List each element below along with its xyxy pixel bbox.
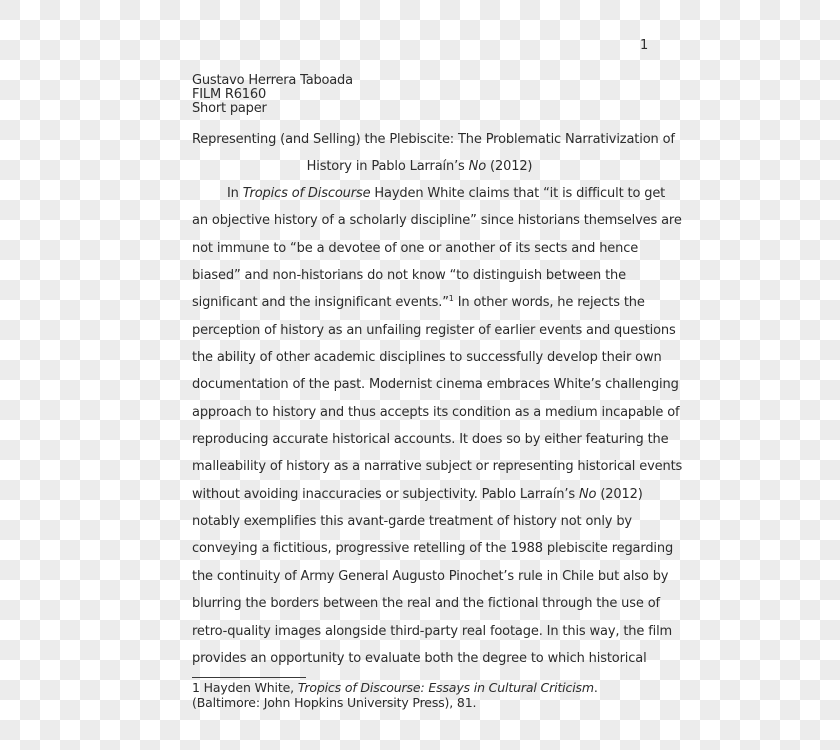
text: In bbox=[227, 186, 243, 201]
footnote-text: Hayden White, bbox=[200, 680, 298, 695]
text: In other words, he rejects the bbox=[454, 295, 645, 310]
body-line: an objective history of a scholarly disc… bbox=[192, 207, 662, 234]
body-line: malleability of history as a narrative s… bbox=[192, 453, 662, 480]
paper-title: Representing (and Selling) the Plebiscit… bbox=[192, 126, 647, 181]
footnote-book-title: Tropics of Discourse: Essays in Cultural… bbox=[298, 680, 594, 695]
body-line: without avoiding inaccuracies or subject… bbox=[192, 481, 662, 508]
author-name: Gustavo Herrera Taboada bbox=[192, 74, 353, 88]
footnote-line-1: 1 Hayden White, Tropics of Discourse: Es… bbox=[192, 681, 598, 696]
book-title: Tropics of Discourse bbox=[243, 186, 371, 201]
body-line: In Tropics of Discourse Hayden White cla… bbox=[192, 180, 662, 207]
title-line-1: Representing (and Selling) the Plebiscit… bbox=[192, 126, 647, 153]
body-line: retro-quality images alongside third-par… bbox=[192, 618, 662, 645]
body-paragraph: In Tropics of Discourse Hayden White cla… bbox=[192, 180, 662, 672]
document-page: 1 Gustavo Herrera Taboada FILM R6160 Sho… bbox=[0, 0, 840, 750]
text: without avoiding inaccuracies or subject… bbox=[192, 487, 579, 502]
body-line: biased” and non-historians do not know “… bbox=[192, 262, 662, 289]
body-line: not immune to “be a devotee of one or an… bbox=[192, 235, 662, 262]
course-code: FILM R6160 bbox=[192, 88, 353, 102]
page-number: 1 bbox=[640, 38, 648, 54]
body-line: conveying a fictitious, progressive rete… bbox=[192, 535, 662, 562]
assignment-type: Short paper bbox=[192, 102, 353, 116]
body-line: provides an opportunity to evaluate both… bbox=[192, 645, 662, 672]
film-title: No bbox=[469, 159, 486, 174]
title-text: History in Pablo Larraín’s bbox=[307, 159, 469, 174]
body-line: blurring the borders between the real an… bbox=[192, 590, 662, 617]
text: Hayden White claims that “it is difficul… bbox=[370, 186, 665, 201]
title-year: (2012) bbox=[486, 159, 532, 174]
footnote: 1 Hayden White, Tropics of Discourse: Es… bbox=[192, 681, 598, 710]
body-line: documentation of the past. Modernist cin… bbox=[192, 371, 662, 398]
body-line: perception of history as an unfailing re… bbox=[192, 317, 662, 344]
film-title: No bbox=[579, 487, 596, 502]
body-line: the continuity of Army General Augusto P… bbox=[192, 563, 662, 590]
footnote-line-2: (Baltimore: John Hopkins University Pres… bbox=[192, 696, 598, 711]
body-line: significant and the insignificant events… bbox=[192, 289, 662, 316]
footnote-number: 1 bbox=[192, 680, 200, 695]
text: (2012) bbox=[596, 487, 642, 502]
body-line: approach to history and thus accepts its… bbox=[192, 399, 662, 426]
footnote-text: . bbox=[594, 680, 598, 695]
text: significant and the insignificant events… bbox=[192, 295, 449, 310]
body-line: the ability of other academic discipline… bbox=[192, 344, 662, 371]
footnote-separator bbox=[192, 677, 306, 678]
author-header: Gustavo Herrera Taboada FILM R6160 Short… bbox=[192, 74, 353, 115]
body-line: reproducing accurate historical accounts… bbox=[192, 426, 662, 453]
title-line-2: History in Pablo Larraín’s No (2012) bbox=[192, 153, 647, 180]
body-line: notably exemplifies this avant-garde tre… bbox=[192, 508, 662, 535]
